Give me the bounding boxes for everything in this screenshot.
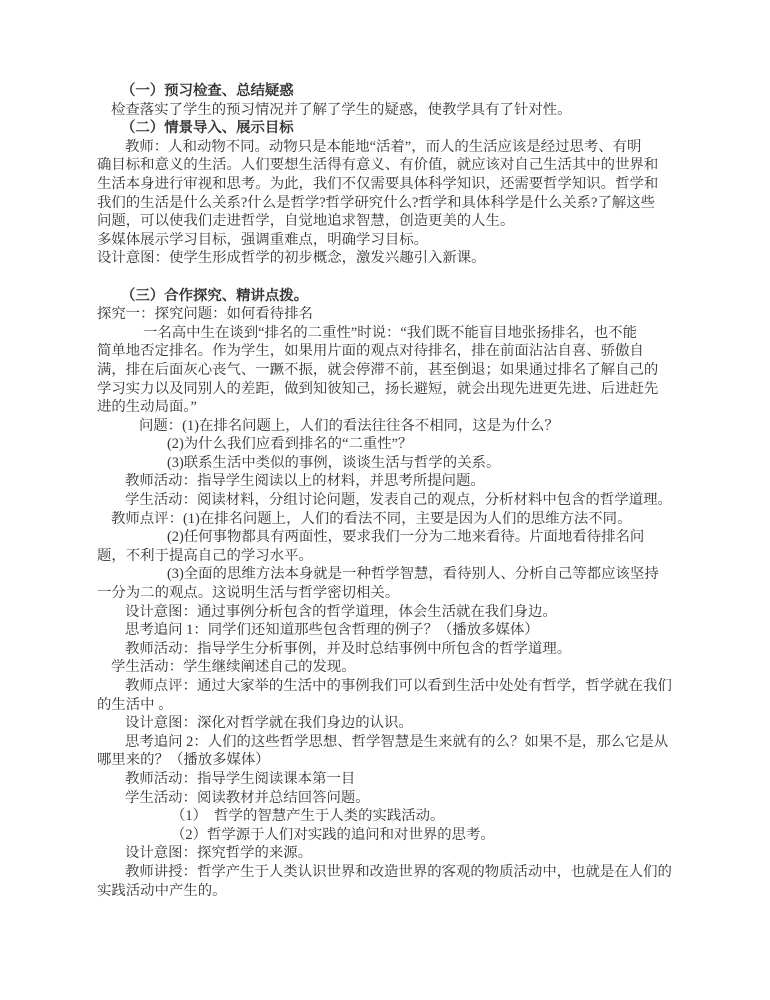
text-line: 学生活动：学生继续阐述自己的发现。	[97, 658, 677, 677]
text-line: 一分为二的观点。这说明生活与哲学密切相关。	[97, 584, 677, 603]
text-line: 设计意图：通过事例分析包含的哲学道理，体会生活就在我们身边。	[97, 603, 677, 622]
text-line: 教师点评：通过大家举的生活中的事例我们可以看到生活中处处有哲学，哲学就在我们	[97, 677, 677, 696]
text-line: 多媒体展示学习目标，强调重难点，明确学习目标。	[97, 231, 677, 250]
text-line: 学生活动：阅读教材并总结回答问题。	[97, 789, 677, 808]
text-line: 教师活动：指导学生阅读课本第一目	[97, 770, 677, 789]
text-line: 生活本身进行审视和思考。为此，我们不仅需要具体科学知识，还需要哲学知识。哲学和	[97, 175, 677, 194]
text-line: （2）哲学源于人们对实践的追问和对世界的思考。	[97, 826, 677, 845]
text-line: 一名高中生在谈到“排名的二重性”时说：“我们既不能盲目地张扬排名，也不能	[97, 324, 677, 343]
text-line: 设计意图：探究哲学的来源。	[97, 844, 677, 863]
text-line: 探究一：探究问题：如何看待排名	[97, 305, 677, 324]
text-line: 的生活中 。	[97, 696, 677, 715]
text-line: 学习实力以及同别人的差距，做到知彼知己，扬长避短，就会出现先进更先进、后进赶先	[97, 380, 677, 399]
text-line: 题，不利于提高自己的学习水平。	[97, 547, 677, 566]
text-line: 满，排在后面灰心丧气、一蹶不振，就会停滞不前，甚至倒退；如果通过排名了解自己的	[97, 361, 677, 380]
text-line: 教师点评：(1)在排名问题上，人们的看法不同，主要是因为人们的思维方法不同。	[97, 510, 677, 529]
text-line: 思考追问 1：同学们还知道那些包含哲理的例子？（播放多媒体）	[97, 621, 677, 640]
text-line: 实践活动中产生的。	[97, 882, 677, 901]
text-line: 教师活动：指导学生阅读以上的材料，并思考所提问题。	[97, 472, 677, 491]
text-line: 哪里来的？（播放多媒体）	[97, 751, 677, 770]
text-line: 学生活动：阅读材料，分组讨论问题，发表自己的观点，分析材料中包含的哲学道理。	[97, 491, 677, 510]
text-line: 确目标和意义的生活。人们要想生活得有意义、有价值，就应该对自己生活其中的世界和	[97, 156, 677, 175]
text-line: （1） 哲学的智慧产生于人类的实践活动。	[97, 807, 677, 826]
text-line: 问题：(1)在排名问题上，人们的看法往往各不相同，这是为什么？	[97, 417, 677, 436]
document-body: （一）预习检查、总结疑惑检查落实了学生的预习情况并了解了学生的疑惑，使教学具有了…	[97, 82, 677, 900]
text-line: 教师活动：指导学生分析事例，并及时总结事例中所包含的哲学道理。	[97, 640, 677, 659]
text-line: 设计意图：深化对哲学就在我们身边的认识。	[97, 714, 677, 733]
section-heading: （二）情景导入、展示目标	[97, 119, 677, 138]
text-line: 进的生动局面。”	[97, 398, 677, 417]
section-heading: （一）预习检查、总结疑惑	[97, 82, 677, 101]
text-line: 教师：人和动物不同。动物只是本能地“活着”，而人的生活应该是经过思考、有明	[97, 138, 677, 157]
text-line: 思考追问 2：人们的这些哲学思想、哲学智慧是生来就有的么？如果不是，那么它是从	[97, 733, 677, 752]
text-line: 我们的生活是什么关系?什么是哲学?哲学研究什么?哲学和具体科学是什么关系?了解这…	[97, 194, 677, 213]
text-line: 简单地否定排名。作为学生，如果用片面的观点对待排名，排在前面沾沾自喜、骄傲自	[97, 342, 677, 361]
blank-line	[97, 268, 677, 287]
text-line: (3)全面的思维方法本身就是一种哲学智慧，看待别人、分析自己等都应该坚持	[97, 565, 677, 584]
text-line: 设计意图：使学生形成哲学的初步概念，激发兴趣引入新课。	[97, 249, 677, 268]
text-line: (3)联系生活中类似的事例，谈谈生活与哲学的关系。	[97, 454, 677, 473]
text-line: 教师讲授：哲学产生于人类认识世界和改造世界的客观的物质活动中，也就是在人们的	[97, 863, 677, 882]
section-heading: （三）合作探究、精讲点拨。	[97, 287, 677, 306]
text-line: 问题，可以使我们走进哲学，自觉地追求智慧，创造更美的人生。	[97, 212, 677, 231]
text-line: (2)任何事物都具有两面性，要求我们一分为二地来看待。片面地看待排名问	[97, 528, 677, 547]
text-line: 检查落实了学生的预习情况并了解了学生的疑惑，使教学具有了针对性。	[97, 101, 677, 120]
document-page: （一）预习检查、总结疑惑检查落实了学生的预习情况并了解了学生的疑惑，使教学具有了…	[0, 0, 770, 1000]
text-line: (2)为什么我们应看到排名的“二重性”？	[97, 435, 677, 454]
